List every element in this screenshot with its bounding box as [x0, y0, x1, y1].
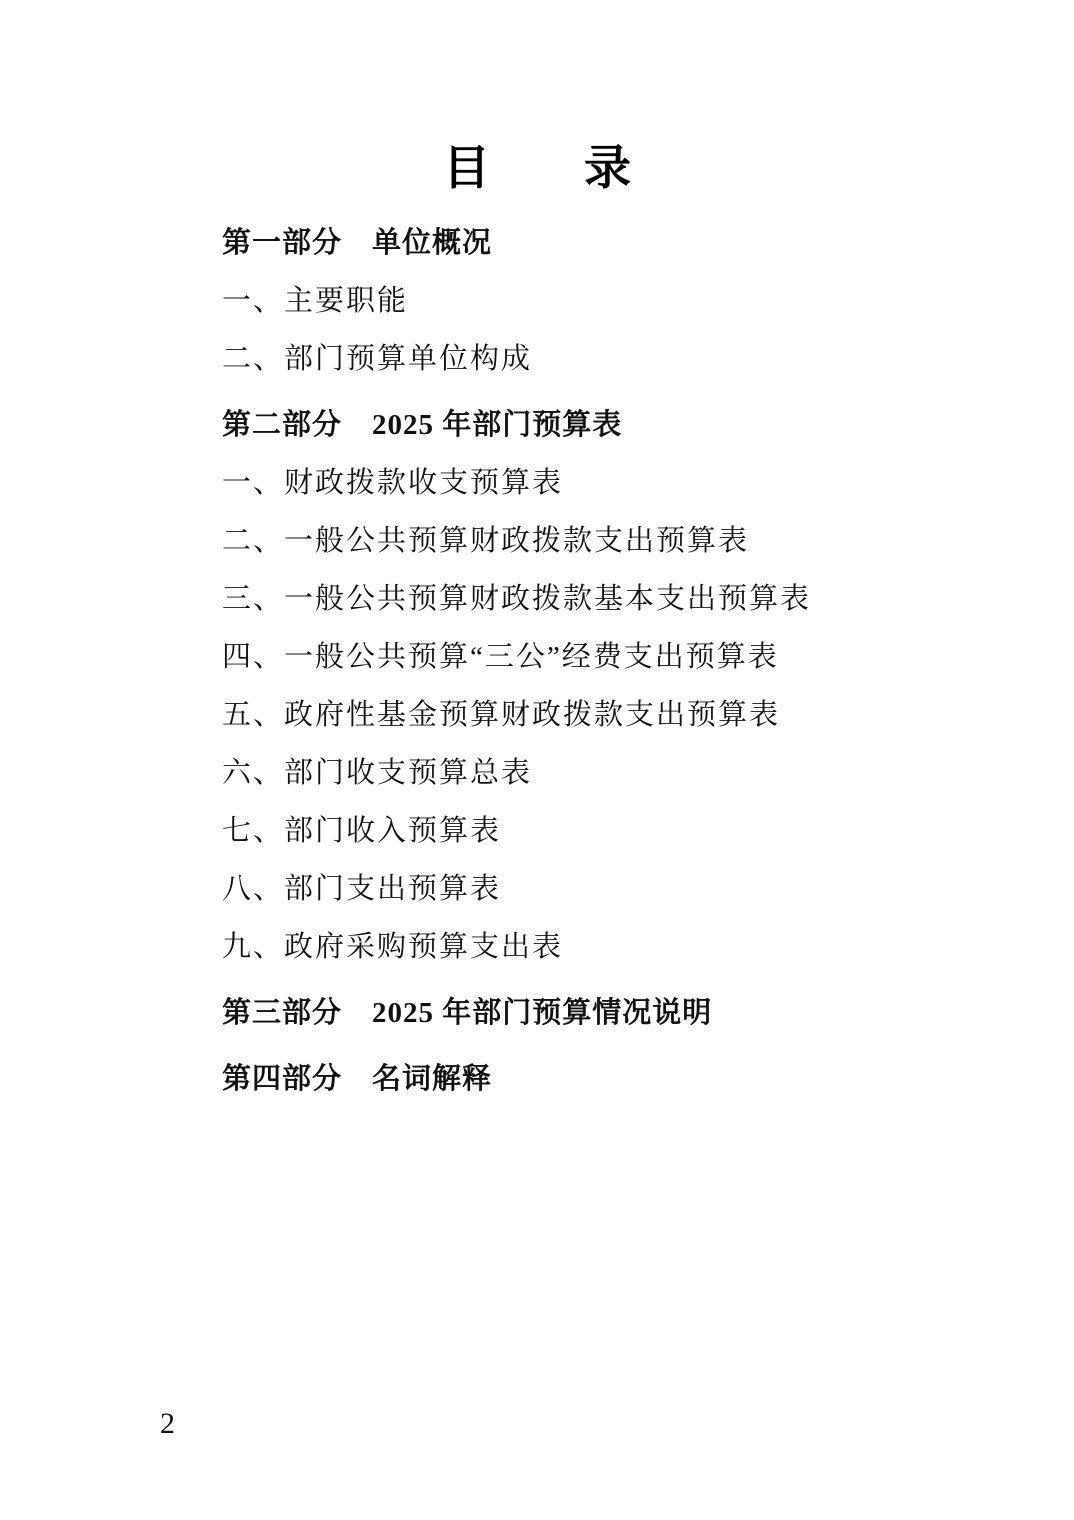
toc-item: 八、部门支出预算表 — [222, 860, 1014, 918]
toc-item: 七、部门收入预算表 — [222, 802, 1014, 860]
toc-item: 二、部门预算单位构成 — [222, 330, 1014, 388]
toc-item: 六、部门收支预算总表 — [222, 744, 1014, 802]
toc-section-heading: 第四部分 名词解释 — [222, 1050, 1014, 1108]
toc-section-heading: 第一部分 单位概况 — [222, 214, 1014, 272]
document-page: 目 录 第一部分 单位概况一、主要职能二、部门预算单位构成第二部分 2025 年… — [0, 0, 1074, 1520]
toc-item: 四、一般公共预算“三公”经费支出预算表 — [222, 628, 1014, 686]
toc-section-heading: 第二部分 2025 年部门预算表 — [222, 396, 1014, 454]
toc-item: 三、一般公共预算财政拨款基本支出预算表 — [222, 570, 1014, 628]
table-of-contents: 第一部分 单位概况一、主要职能二、部门预算单位构成第二部分 2025 年部门预算… — [222, 214, 1014, 1108]
page-number: 2 — [160, 1404, 175, 1444]
toc-item: 一、主要职能 — [222, 272, 1014, 330]
page-title: 目 录 — [0, 138, 1074, 200]
toc-item: 二、一般公共预算财政拨款支出预算表 — [222, 512, 1014, 570]
toc-item: 五、政府性基金预算财政拨款支出预算表 — [222, 686, 1014, 744]
toc-section-heading: 第三部分 2025 年部门预算情况说明 — [222, 984, 1014, 1042]
toc-item: 一、财政拨款收支预算表 — [222, 454, 1014, 512]
toc-item: 九、政府采购预算支出表 — [222, 918, 1014, 976]
